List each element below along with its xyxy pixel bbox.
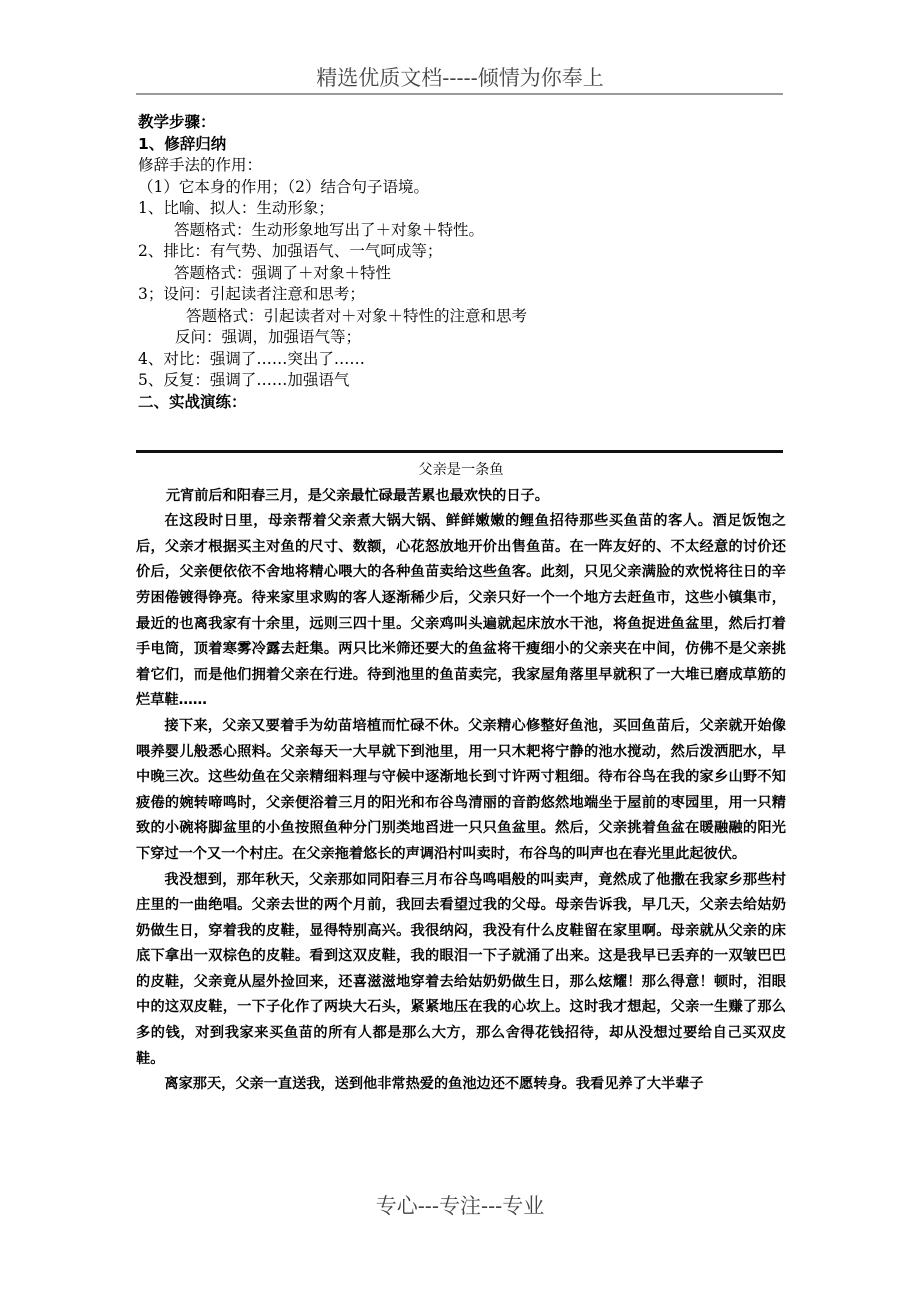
- section-heading-rhetoric: 1、修辞归纳: [138, 134, 788, 156]
- page-footer: 专心---专注---专业: [0, 1190, 920, 1220]
- article-paragraph: 元宵前后和阳春三月，是父亲最忙碌最苦累也最欢快的日子。: [136, 484, 786, 510]
- outline-line: 答题格式：生动形象地写出了＋对象＋特性。: [138, 220, 788, 242]
- lesson-outline: 教学步骤： 1、修辞归纳 修辞手法的作用： （1）它本身的作用；（2）结合句子语…: [138, 112, 788, 413]
- outline-line: 答题格式：强调了＋对象＋特性: [138, 263, 788, 285]
- article-title: 父亲是一条鱼: [136, 458, 786, 484]
- article: 父亲是一条鱼 元宵前后和阳春三月，是父亲最忙碌最苦累也最欢快的日子。 在这段时日…: [136, 458, 786, 1098]
- outline-line: 4、对比：强调了……突出了……: [138, 349, 788, 371]
- section-divider: [136, 450, 783, 453]
- outline-title: 教学步骤：: [138, 112, 788, 134]
- outline-line: 答题格式：引起读者对＋对象＋特性的注意和思考: [138, 306, 788, 328]
- article-paragraph: 在这段时日里，母亲帮着父亲煮大锅大锅、鲜鲜嫩嫩的鲤鱼招待那些买鱼苗的客人。酒足饭…: [136, 509, 786, 714]
- outline-line: 1、比喻、拟人：生动形象；: [138, 198, 788, 220]
- header-divider: [136, 93, 783, 95]
- page-header: 精选优质文档-----倾情为你奉上: [0, 62, 920, 92]
- article-paragraph: 我没想到，那年秋天，父亲那如同阳春三月布谷鸟鸣唱般的叫卖声，竟然成了他撒在我家乡…: [136, 868, 786, 1073]
- outline-line: 修辞手法的作用：: [138, 155, 788, 177]
- outline-line: （1）它本身的作用；（2）结合句子语境。: [138, 177, 788, 199]
- article-paragraph: 接下来，父亲又要着手为幼苗培植而忙碌不休。父亲精心修整好鱼池，买回鱼苗后，父亲就…: [136, 714, 786, 868]
- outline-line: 反问：强调，加强语气等；: [138, 327, 788, 349]
- article-paragraph: 离家那天，父亲一直送我，送到他非常热爱的鱼池边还不愿转身。我看见养了大半辈子: [136, 1072, 786, 1098]
- section-heading-practice: 二、实战演练：: [138, 392, 788, 414]
- outline-line: 3；设问：引起读者注意和思考；: [138, 284, 788, 306]
- outline-line: 2、排比：有气势、加强语气、一气呵成等；: [138, 241, 788, 263]
- outline-line: 5、反复：强调了……加强语气: [138, 370, 788, 392]
